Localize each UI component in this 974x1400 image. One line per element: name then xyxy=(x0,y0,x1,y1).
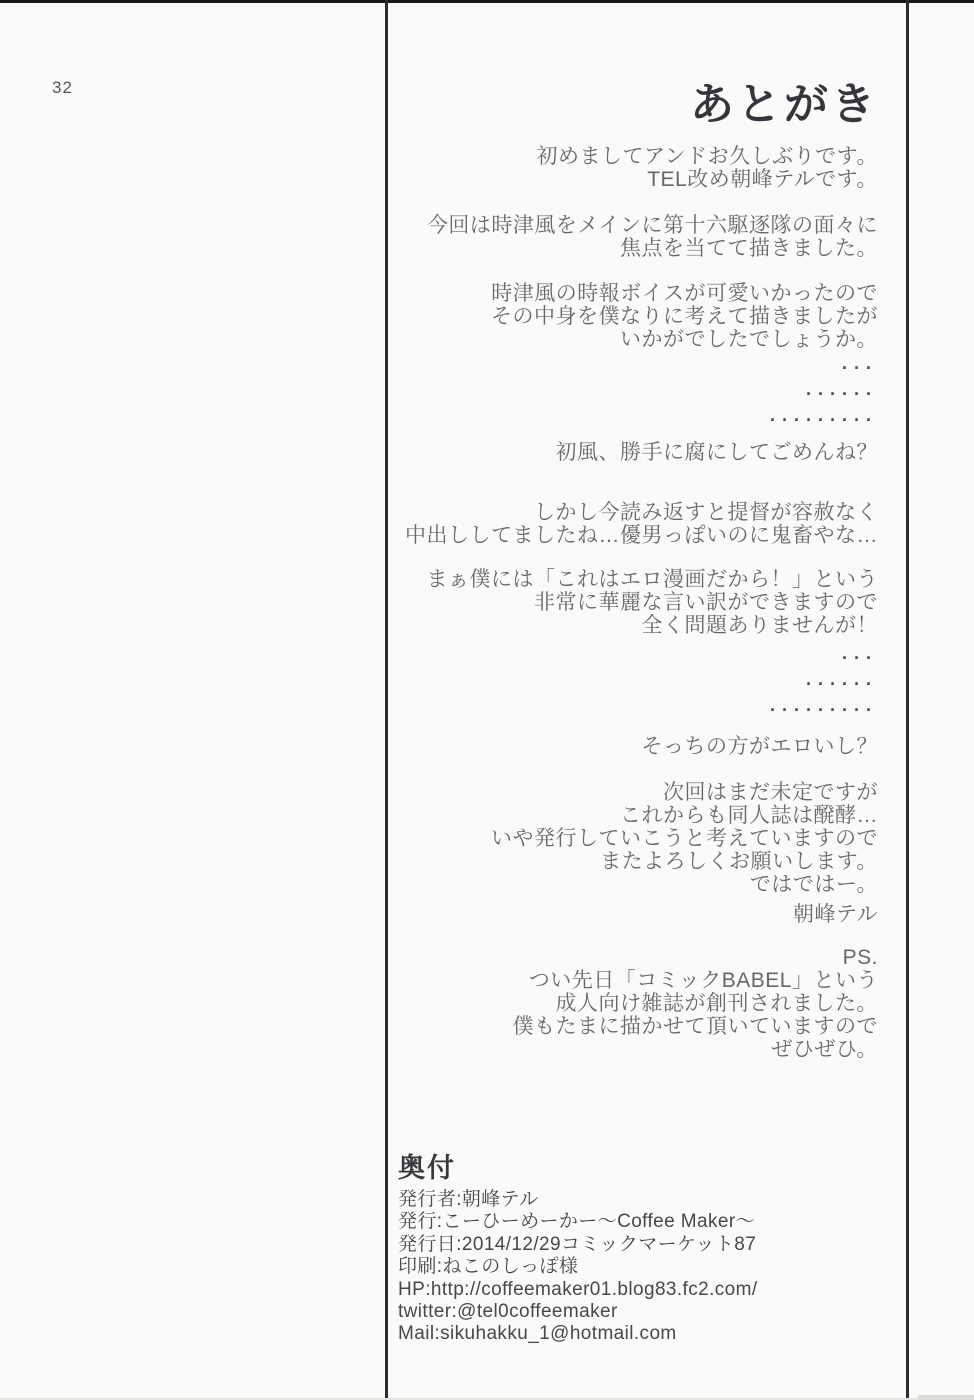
colophon-line-printer: 印刷:ねこのしっぽ様 xyxy=(398,1256,758,1278)
dots-row: ······ xyxy=(770,381,878,407)
dots-row: ········· xyxy=(770,407,878,433)
afterword-line: そっちの方がエロいし？ xyxy=(642,735,879,758)
colophon-line-mail: Mail:sikuhakku_1@hotmail.com xyxy=(398,1323,758,1345)
afterword-paragraph: 初風、勝手に腐にしてごめんね？ xyxy=(556,441,879,464)
afterword-line: 非常に華麗な言い訳ができますので xyxy=(427,591,879,614)
ellipsis-block: ··· ······ ········· xyxy=(770,355,878,433)
afterword-line: 焦点を当てて描きました。 xyxy=(427,237,878,260)
afterword-line: 初めましてアンドお久しぶりです。 xyxy=(537,145,878,168)
afterword-line: 成人向け雑誌が創刊されました。 xyxy=(513,992,879,1015)
afterword-title: あとがき xyxy=(690,68,878,132)
afterword-paragraph: まぁ僕には「これはエロ漫画だから！」という 非常に華麗な言い訳ができますので 全… xyxy=(427,568,879,637)
afterword-paragraph: 時津風の時報ボイスが可愛いかったので その中身を僕なりに考えて描きましたが いか… xyxy=(491,282,878,351)
afterword-paragraph: しかし今読み返すと提督が容赦なく 中出ししてましたね…優男っぽいのに鬼畜やな… xyxy=(405,501,878,547)
afterword-line: その中身を僕なりに考えて描きましたが xyxy=(491,305,878,328)
afterword-line: TEL改め朝峰テルです。 xyxy=(537,168,878,191)
afterword-paragraph: そっちの方がエロいし？ xyxy=(642,735,879,758)
dots-row: ······ xyxy=(770,671,878,697)
afterword-line: いや発行していこうと考えていますので xyxy=(491,827,878,850)
afterword-line: ではではー。 xyxy=(491,873,878,896)
afterword-line: 中出ししてましたね…優男っぽいのに鬼畜やな… xyxy=(405,524,878,547)
afterword-line: 僕もたまに描かせて頂いていますので xyxy=(513,1015,879,1038)
afterword-paragraph: 初めましてアンドお久しぶりです。 TEL改め朝峰テルです。 xyxy=(537,145,878,191)
afterword-line: ぜひぜひ。 xyxy=(513,1038,879,1061)
colophon: 奥付 発行者:朝峰テル 発行:こーひーめーかー～Coffee Maker～ 発行… xyxy=(398,1146,758,1346)
scanned-doujin-page: 32 あとがき 初めましてアンドお久しぶりです。 TEL改め朝峰テルです。 今回… xyxy=(0,0,974,1400)
afterword-line: これからも同人誌は醗酵… xyxy=(491,804,878,827)
colophon-line-publisher: 発行者:朝峰テル xyxy=(398,1189,758,1211)
ellipsis-block: ··· ······ ········· xyxy=(770,645,878,723)
dots-row: ··· xyxy=(770,645,878,671)
vertical-rule-right xyxy=(906,0,909,1400)
afterword-line: つい先日「コミックBABEL」という xyxy=(513,969,879,992)
afterword-line: 初風、勝手に腐にしてごめんね？ xyxy=(556,441,879,464)
afterword-line: 時津風の時報ボイスが可愛いかったので xyxy=(491,282,878,305)
afterword-paragraph: 次回はまだ未定ですが これからも同人誌は醗酵… いや発行していこうと考えています… xyxy=(491,781,878,896)
colophon-heading: 奥付 xyxy=(398,1146,758,1185)
scan-smudge xyxy=(918,1395,974,1400)
afterword-paragraph: 今回は時津風をメインに第十六駆逐隊の面々に 焦点を当てて描きました。 xyxy=(427,214,878,260)
colophon-line-twitter: twitter:@tel0coffeemaker xyxy=(398,1301,758,1323)
afterword-line: 朝峰テル xyxy=(793,903,878,926)
dots-row: ········· xyxy=(770,697,878,723)
afterword-line: 今回は時津風をメインに第十六駆逐隊の面々に xyxy=(427,214,878,237)
afterword-line: 次回はまだ未定ですが xyxy=(491,781,878,804)
afterword-line: 全く問題ありませんが！ xyxy=(427,614,879,637)
page-number: 32 xyxy=(52,78,73,98)
colophon-line-circle: 発行:こーひーめーかー～Coffee Maker～ xyxy=(398,1211,758,1233)
postscript-paragraph: PS. つい先日「コミックBABEL」という 成人向け雑誌が創刊されました。 僕… xyxy=(513,946,879,1061)
afterword-line: PS. xyxy=(513,946,879,969)
afterword-line: しかし今読み返すと提督が容赦なく xyxy=(405,501,878,524)
colophon-line-homepage: HP:http://coffeemaker01.blog83.fc2.com/ xyxy=(398,1279,758,1301)
afterword-line: いかがでしたでしょうか。 xyxy=(491,328,878,351)
afterword-line: まぁ僕には「これはエロ漫画だから！」という xyxy=(427,568,879,591)
dots-row: ··· xyxy=(770,355,878,381)
author-signature: 朝峰テル xyxy=(793,903,878,926)
afterword-line: またよろしくお願いします。 xyxy=(491,850,878,873)
colophon-line-date: 発行日:2014/12/29コミックマーケット87 xyxy=(398,1234,758,1256)
